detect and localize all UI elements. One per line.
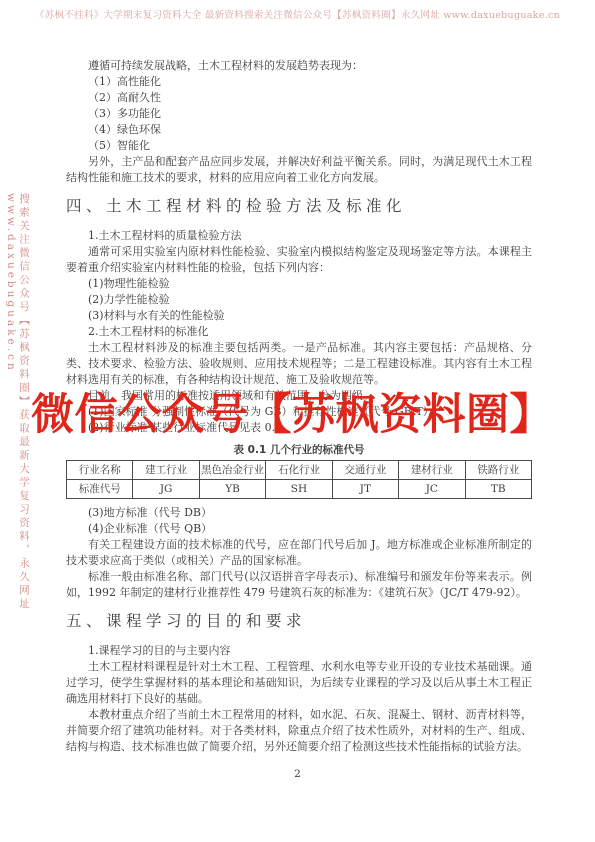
table-cell: 石化行业	[266, 461, 332, 480]
side-promo-note: 搜索关注微信公众号【苏枫资料圈】获取最新大学复习资料，永久网址 www.daxu…	[5, 193, 32, 623]
table-caption: 表 0.1 几个行业的标准代号	[66, 442, 532, 458]
paragraph: 标准一般由标准名称、部门代号(以汉语拼音字母表示)、标准编号和颁发年份等来表示。…	[66, 569, 532, 601]
header-promo-note: 《苏枫不挂科》大学期末复习资料大全 最新资料搜索关注微信公众号【苏枫资料圈】永久…	[0, 7, 595, 21]
trend-item-4: （4）绿色环保	[66, 122, 532, 138]
page-number: 2	[0, 768, 595, 780]
standard-item-enterprise: (4)企业标准（代号 QB）	[66, 521, 532, 537]
table-cell: 铁路行业	[465, 461, 531, 480]
table-cell: 黑色冶金行业	[199, 461, 265, 480]
table-row-standard-codes: 标准代号 JG YB SH JT JC TB	[67, 480, 532, 499]
table-cell: JG	[133, 480, 199, 499]
table-cell: JT	[332, 480, 398, 499]
document-page: 《苏枫不挂科》大学期末复习资料大全 最新资料搜索关注微信公众号【苏枫资料圈】永久…	[0, 0, 595, 842]
check-item-1: (1)物理性能检验	[66, 276, 532, 292]
industry-standard-codes-table: 行业名称 建工行业 黑色冶金行业 石化行业 交通行业 建材行业 铁路行业 标准代…	[66, 460, 532, 499]
table-cell: JC	[399, 480, 465, 499]
table-cell: TB	[465, 480, 531, 499]
section-4-heading: 四、土木工程材料的检验方法及标准化	[66, 198, 532, 214]
trend-item-1: （1）高性能化	[66, 74, 532, 90]
table-cell: YB	[199, 480, 265, 499]
paragraph: 土木工程材料课程是针对土木工程、工程管理、水利水电等专业开设的专业技术基础课。通…	[66, 659, 532, 707]
paragraph: 有关工程建设方面的技术标准的代号，应在部门代号后加 J。地方标准或企业标准所制定…	[66, 537, 532, 569]
standard-item-local: (3)地方标准（代号 DB）	[66, 505, 532, 521]
table-cell: 交通行业	[332, 461, 398, 480]
table-cell: 行业名称	[67, 461, 133, 480]
table-row-industry-names: 行业名称 建工行业 黑色冶金行业 石化行业 交通行业 建材行业 铁路行业	[67, 461, 532, 480]
table-cell: 建工行业	[133, 461, 199, 480]
table-cell: 建材行业	[399, 461, 465, 480]
trend-item-2: （2）高耐久性	[66, 90, 532, 106]
red-watermark: 微信公众号【苏枫资料圈】	[31, 392, 553, 439]
paragraph-intro: 遵循可持续发展战略，土木工程材料的发展趋势表现为：	[66, 58, 532, 74]
paragraph: 土木工程材料涉及的标准主要包括两类。一是产品标准。其内容主要包括：产品规格、分类…	[66, 340, 532, 388]
paragraph: 通常可采用实验室内原材料性能检验、实验室内模拟结构鉴定及现场鉴定等方法。本课程主…	[66, 244, 532, 276]
section-5-sub1-title: 1.课程学习的目的与主要内容	[66, 643, 532, 659]
paragraph: 本教材重点介绍了当前土木工程常用的材料，如水泥、石灰、混凝土、钢材、沥青材料等，…	[66, 707, 532, 755]
table-cell: SH	[266, 480, 332, 499]
table-cell: 标准代号	[67, 480, 133, 499]
paragraph-intro-2: 另外，主产品和配套产品应同步发展，并解决好利益平衡关系。同时，为满足现代土木工程…	[66, 154, 532, 186]
section-5-heading: 五、课程学习的目的和要求	[66, 613, 532, 629]
trend-item-3: （3）多功能化	[66, 106, 532, 122]
section-4-sub1-title: 1.土木工程材料的质量检验方法	[66, 228, 532, 244]
trend-item-5: （5）智能化	[66, 138, 532, 154]
check-item-3: (3)材料与水有关的性能检验	[66, 308, 532, 324]
section-4-sub2-title: 2.土木工程材料的标准化	[66, 324, 532, 340]
check-item-2: (2)力学性能检验	[66, 292, 532, 308]
